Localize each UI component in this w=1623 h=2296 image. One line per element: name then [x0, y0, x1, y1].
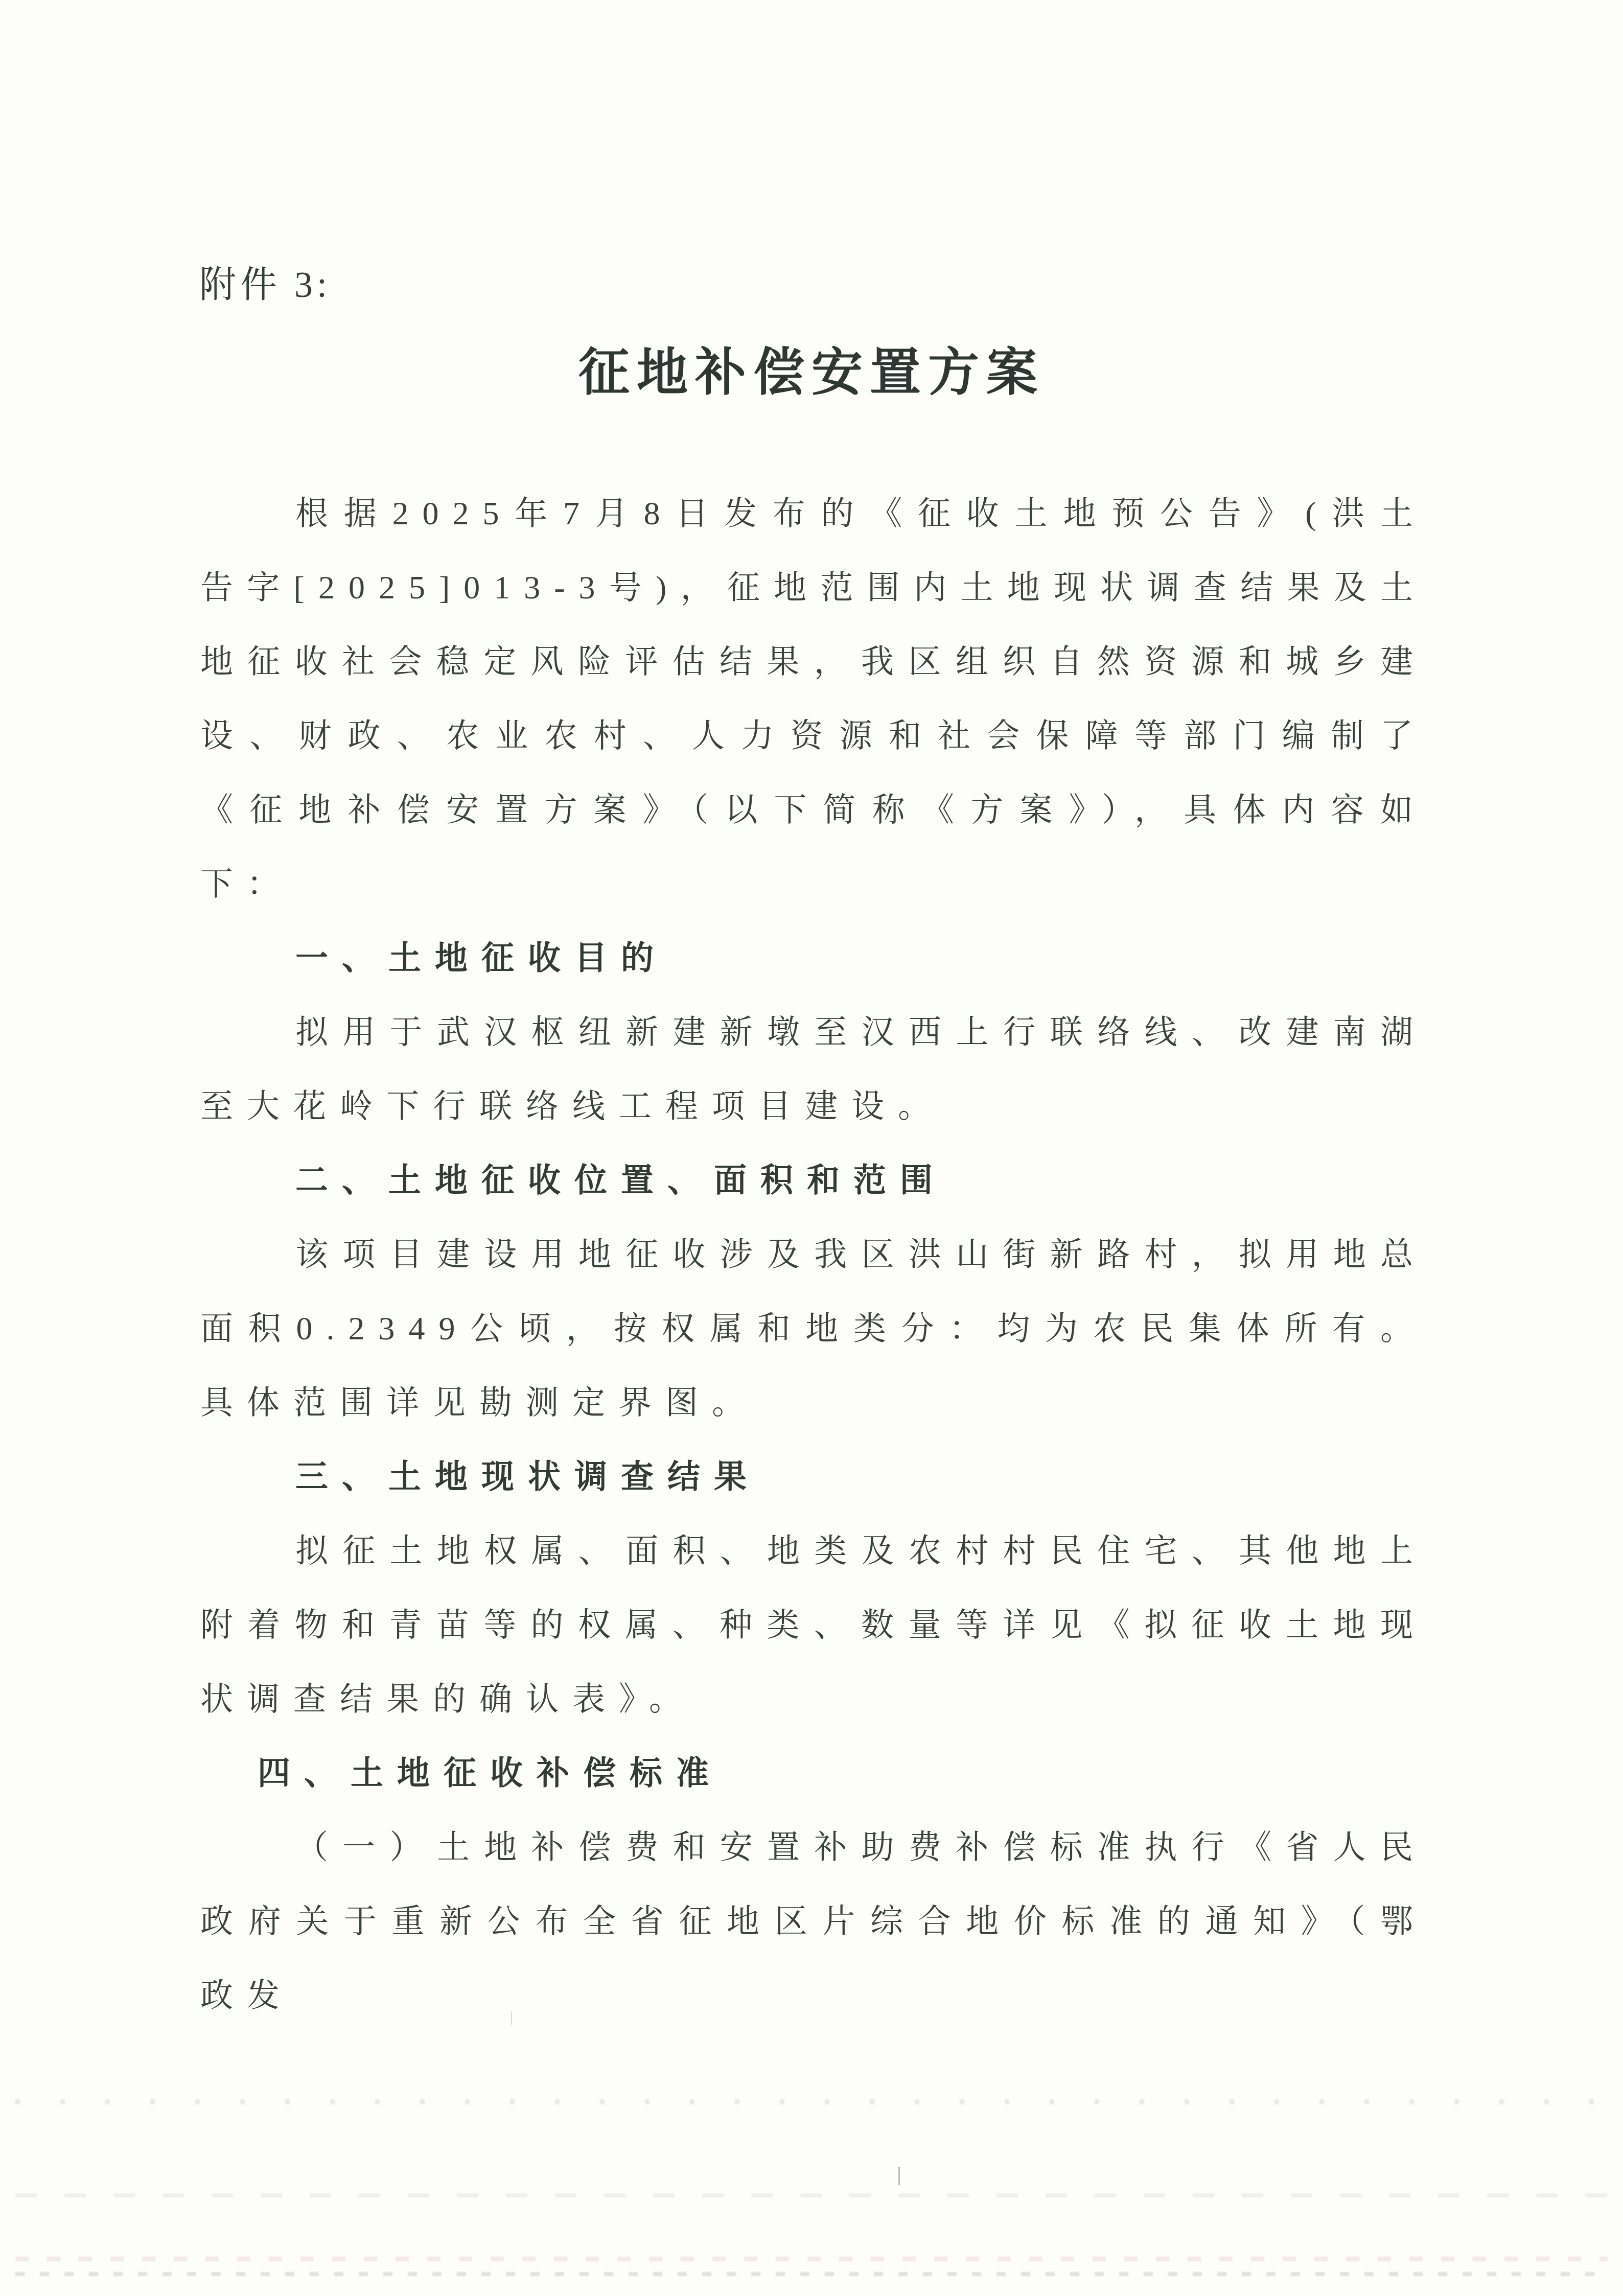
section-heading: 三、土地现状调查结果: [200, 1440, 1427, 1514]
document-page: 附件 3: 征地补偿安置方案 根据2025年7月8日发布的《征收土地预公告》(洪…: [0, 0, 1623, 2296]
section-heading: 一、土地征收目的: [200, 921, 1427, 995]
scan-artifact-line: [15, 2099, 1608, 2104]
attachment-label: 附件 3:: [199, 254, 331, 308]
body-paragraph: 该项目建设用地征收涉及我区洪山街新路村，拟用地总面积0.2349公顷，按权属和地…: [200, 1217, 1427, 1440]
section-heading: 四、土地征收补偿标准: [200, 1736, 1427, 1810]
scan-artifact-line: [15, 2272, 1608, 2276]
body-paragraph: 拟征土地权属、面积、地类及农村村民住宅、其他地上附着物和青苗等的权属、种类、数量…: [200, 1514, 1427, 1736]
body-paragraph: 拟用于武汉枢纽新建新墩至汉西上行联络线、改建南湖至大花岭下行联络线工程项目建设。: [200, 995, 1427, 1143]
scan-artifact-line: [15, 2257, 1608, 2261]
body-paragraph: 根据2025年7月8日发布的《征收土地预公告》(洪土告字[2025]013-3号…: [200, 476, 1427, 921]
page-title: 征地补偿安置方案: [0, 331, 1623, 405]
body-paragraph: （一）土地补偿费和安置补助费补偿标准执行《省人民政府关于重新公布全省征地区片综合…: [200, 1810, 1427, 2032]
scan-artifact-line: [15, 2193, 1608, 2197]
scan-artifact-mark: [898, 2167, 900, 2185]
section-heading: 二、土地征收位置、面积和范围: [200, 1143, 1427, 1217]
document-body: 根据2025年7月8日发布的《征收土地预公告》(洪土告字[2025]013-3号…: [200, 476, 1427, 2032]
